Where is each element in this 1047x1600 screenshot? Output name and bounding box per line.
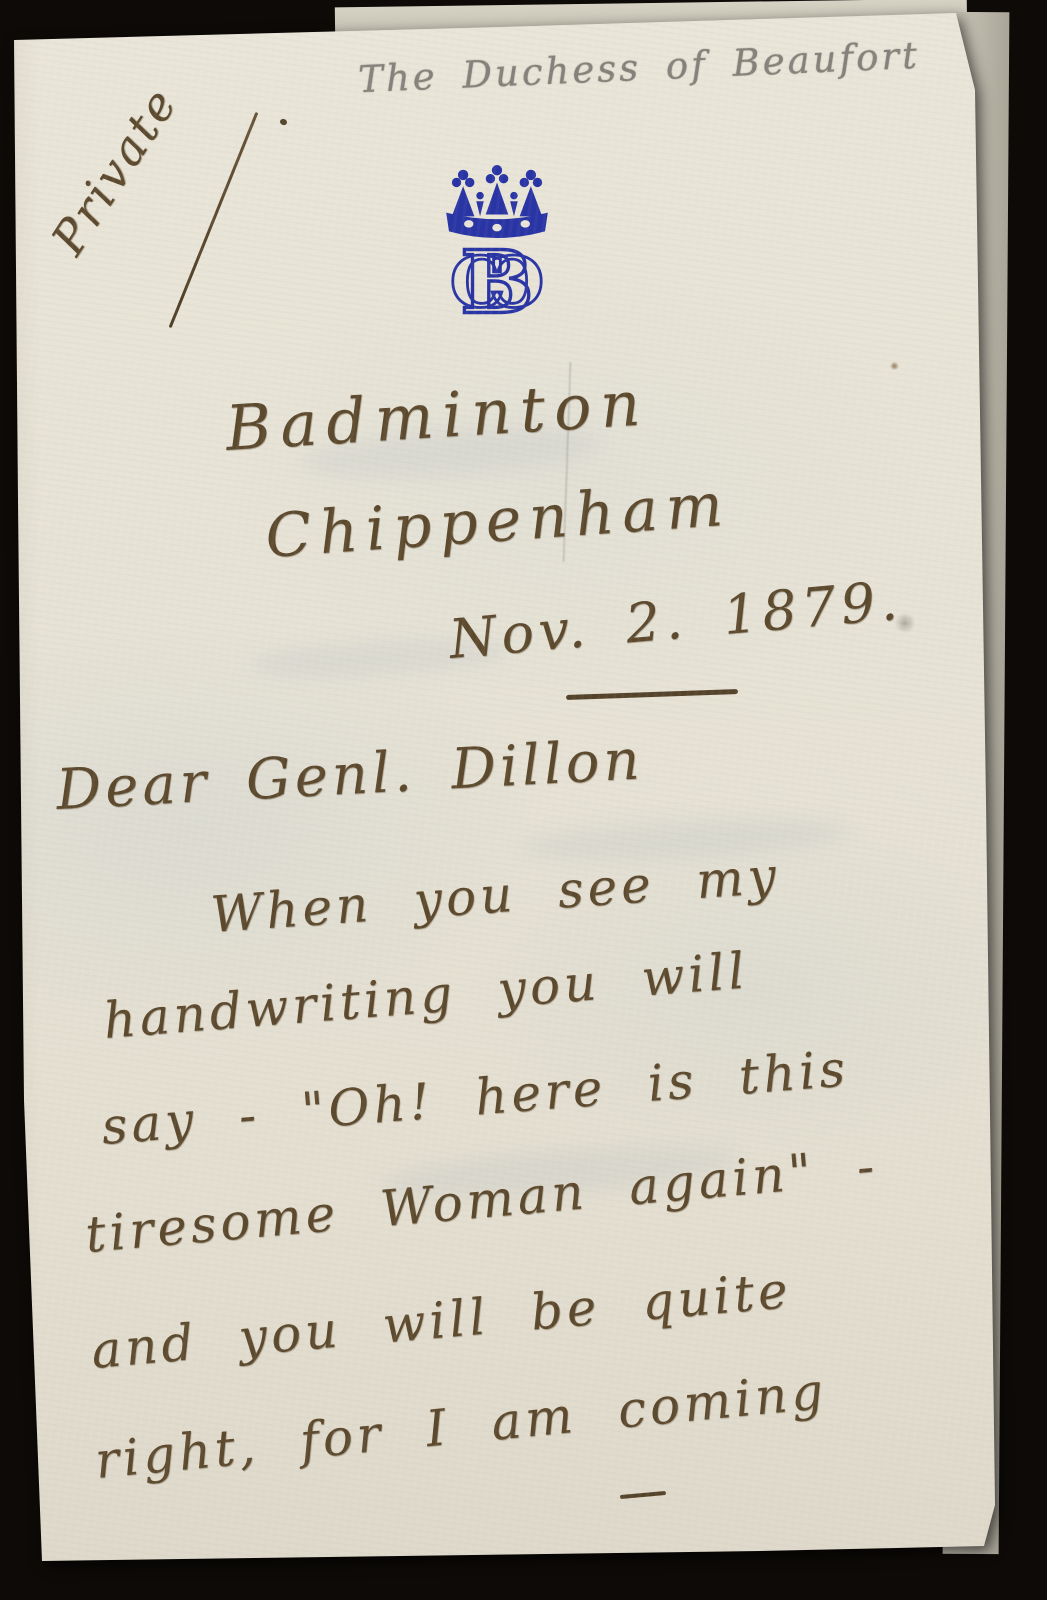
pencil-annotation: The Duchess of Beaufort xyxy=(357,34,920,101)
coronet-icon xyxy=(446,165,548,238)
foxing-spot xyxy=(890,362,899,370)
body-line: handwriting you will xyxy=(101,941,750,1050)
body-line: say - "Oh! here is this xyxy=(99,1039,850,1156)
date-underline-stroke xyxy=(566,689,738,700)
salutation: Dear Genl. Dillon xyxy=(55,727,645,823)
cipher-icon: C C B xyxy=(450,232,544,318)
letter-page: The Duchess of Beaufort Private xyxy=(0,0,1047,1600)
cipher-letter-center: B xyxy=(460,232,533,318)
private-slash-stroke xyxy=(169,112,259,328)
photo-background: The Duchess of Beaufort Private xyxy=(0,0,1047,1600)
body-line: and you will be quite xyxy=(89,1261,794,1380)
emphasis-underline-am xyxy=(620,1491,666,1499)
letter-page-wrap: The Duchess of Beaufort Private xyxy=(0,0,1047,1600)
letterhead-place-line1: Badminton xyxy=(224,366,652,465)
body-line: When you see my xyxy=(209,846,782,944)
body-line: right, for I am coming xyxy=(92,1362,829,1490)
body-line: tiresome Woman again" - xyxy=(83,1137,880,1264)
beaufort-monogram-crest: C C B xyxy=(433,158,561,318)
ink-dot xyxy=(279,118,288,126)
date-line: Nov. 2. 1879. xyxy=(447,569,905,671)
private-note: Private xyxy=(41,77,189,264)
letterhead-place-line2: Chippenham xyxy=(263,470,733,572)
